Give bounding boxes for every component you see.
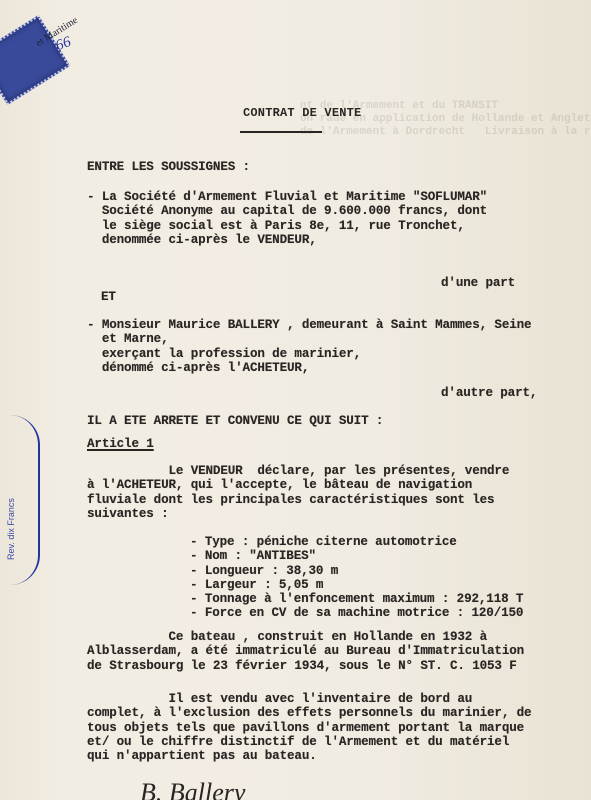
- document-title: CONTRAT DE VENTE: [243, 106, 361, 120]
- characteristics-list: - Type : péniche citerne automotrice - N…: [190, 535, 523, 621]
- article-intro: Le VENDEUR déclare, par les présentes, v…: [87, 464, 509, 521]
- title-underline: [240, 131, 322, 133]
- first-part-label: d'une part: [441, 276, 515, 290]
- second-part-label: d'autre part,: [441, 386, 537, 400]
- document-page: nt de l'Armement et du TRANSIT on rade e…: [0, 0, 591, 800]
- buyer-block: - Monsieur Maurice BALLERY , demeurant à…: [87, 318, 531, 375]
- inventory-paragraph: Il est vendu avec l'inventaire de bord a…: [87, 692, 531, 763]
- article-heading: Article 1: [87, 437, 154, 451]
- seller-block: - La Société d'Armement Fluvial et Marit…: [87, 190, 487, 247]
- buyer-signature: B. Ballery: [140, 778, 245, 800]
- construction-paragraph: Ce bateau , construit en Hollande en 193…: [87, 630, 524, 673]
- parties-heading: ENTRE LES SOUSSIGNES :: [87, 160, 250, 174]
- agreement-heading: IL A ETE ARRETE ET CONVENU CE QUI SUIT :: [87, 414, 383, 428]
- and-label: ET: [101, 290, 116, 304]
- margin-stamp-text: Rev. dix Francs: [6, 498, 16, 560]
